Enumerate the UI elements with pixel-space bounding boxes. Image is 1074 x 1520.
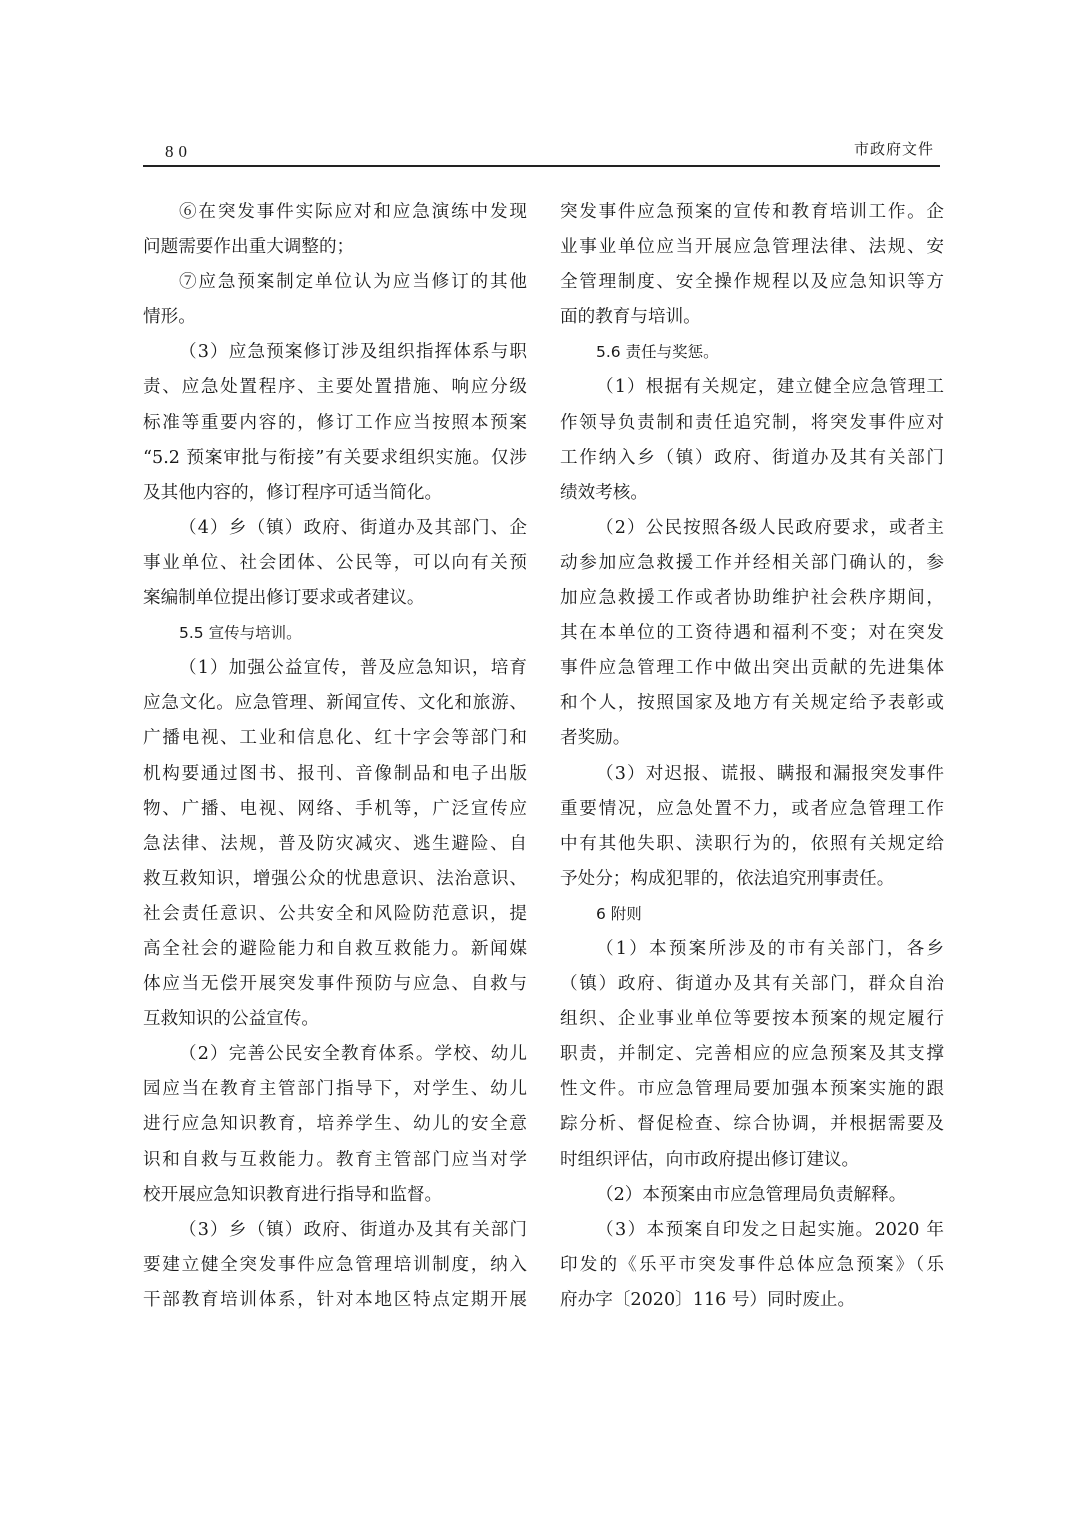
text-line: 突发事件应急预案的宣传和教育培训工作。企 [560,195,944,230]
text-line: 业事业单位应当开展应急管理法律、法规、安 [560,230,944,265]
page-number: 80 [165,142,192,162]
text-line: 重要情况，应急处置不力，或者应急管理工作 [560,792,944,827]
text-line: 案编制单位提出修订要求或者建议。 [143,581,527,616]
left-column: ⑥在突发事件实际应对和应急演练中发现问题需要作出重大调整的；⑦应急预案制定单位认… [143,195,527,1318]
text-line: 高全社会的避险能力和自救互救能力。新闻媒 [143,932,527,967]
text-line: ⑦应急预案制定单位认为应当修订的其他 [143,265,527,300]
text-line: （3）本预案自印发之日起实施。2020 年 [560,1213,944,1248]
text-line: 机构要通过图书、报刊、音像制品和电子出版 [143,757,527,792]
text-line: 问题需要作出重大调整的； [143,230,527,265]
text-line: 全管理制度、安全操作规程以及应急知识等方 [560,265,944,300]
text-line: “5.2 预案审批与衔接”有关要求组织实施。仅涉 [143,441,527,476]
text-line: 组织、企业事业单位等要按本预案的规定履行 [560,1002,944,1037]
text-line: 急法律、法规，普及防灾减灾、逃生避险、自 [143,827,527,862]
text-line: （1）加强公益宣传，普及应急知识，培育 [143,651,527,686]
text-line: 事件应急管理工作中做出突出贡献的先进集体 [560,651,944,686]
text-line: 校开展应急知识教育进行指导和监督。 [143,1178,527,1213]
text-line: 加应急救援工作或者协助维护社会秩序期间， [560,581,944,616]
text-line: 予处分；构成犯罪的，依法追究刑事责任。 [560,862,944,897]
text-line: 性文件。市应急管理局要加强本预案实施的跟 [560,1072,944,1107]
text-line: 职责，并制定、完善相应的应急预案及其支撑 [560,1037,944,1072]
text-line: （3）乡（镇）政府、街道办及其有关部门 [143,1213,527,1248]
text-line: 干部教育培训体系，针对本地区特点定期开展 [143,1283,527,1318]
text-line: 应急文化。应急管理、新闻宣传、文化和旅游、 [143,686,527,721]
text-line: （2）完善公民安全教育体系。学校、幼儿 [143,1037,527,1072]
text-line: （3）应急预案修订涉及组织指挥体系与职 [143,335,527,370]
text-line: （2）公民按照各级人民政府要求，或者主 [560,511,944,546]
text-line: 作领导负责制和责任追究制，将突发事件应对 [560,406,944,441]
text-line: 救互救知识，增强公众的忧患意识、法治意识、 [143,862,527,897]
document-title: 市政府文件 [854,138,934,159]
text-line: 动参加应急救援工作并经相关部门确认的，参 [560,546,944,581]
text-line: （2）本预案由市应急管理局负责解释。 [560,1178,944,1213]
text-line: 面的教育与培训。 [560,300,944,335]
text-line: 要建立健全突发事件应急管理培训制度，纳入 [143,1248,527,1283]
text-line: 责、应急处置程序、主要处置措施、响应分级 [143,370,527,405]
right-column: 突发事件应急预案的宣传和教育培训工作。企业事业单位应当开展应急管理法律、法规、安… [560,195,944,1318]
section-heading: 5.6 责任与奖惩。 [560,335,944,370]
text-line: 广播电视、工业和信息化、红十字会等部门和 [143,721,527,756]
text-line: 中有其他失职、渎职行为的，依照有关规定给 [560,827,944,862]
text-line: 和个人，按照国家及地方有关规定给予表彰或 [560,686,944,721]
text-line: 时组织评估，向市政府提出修订建议。 [560,1143,944,1178]
text-line: 工作纳入乡（镇）政府、街道办及其有关部门 [560,441,944,476]
text-line: 情形。 [143,300,527,335]
text-line: ⑥在突发事件实际应对和应急演练中发现 [143,195,527,230]
text-line: 绩效考核。 [560,476,944,511]
text-line: （镇）政府、街道办及其有关部门，群众自治 [560,967,944,1002]
text-line: 印发的《乐平市突发事件总体应急预案》（乐 [560,1248,944,1283]
text-line: 互救知识的公益宣传。 [143,1002,527,1037]
header-divider [143,165,940,167]
text-line: 标准等重要内容的，修订工作应当按照本预案 [143,406,527,441]
section-heading: 5.5 宣传与培训。 [143,616,527,651]
text-line: （1）根据有关规定，建立健全应急管理工 [560,370,944,405]
text-line: （4）乡（镇）政府、街道办及其部门、企 [143,511,527,546]
section-heading: 6 附则 [560,897,944,932]
text-line: 其在本单位的工资待遇和福利不变；对在突发 [560,616,944,651]
page-header: 80 市政府文件 [143,138,940,166]
text-line: 者奖励。 [560,721,944,756]
text-line: （3）对迟报、谎报、瞒报和漏报突发事件 [560,757,944,792]
text-line: 体应当无偿开展突发事件预防与应急、自救与 [143,967,527,1002]
text-line: （1）本预案所涉及的市有关部门，各乡 [560,932,944,967]
text-line: 及其他内容的，修订程序可适当简化。 [143,476,527,511]
text-line: 社会责任意识、公共安全和风险防范意识，提 [143,897,527,932]
text-line: 府办字〔2020〕116 号）同时废止。 [560,1283,944,1318]
text-line: 物、广播、电视、网络、手机等，广泛宣传应 [143,792,527,827]
text-line: 事业单位、社会团体、公民等，可以向有关预 [143,546,527,581]
text-line: 踪分析、督促检查、综合协调，并根据需要及 [560,1107,944,1142]
text-line: 园应当在教育主管部门指导下，对学生、幼儿 [143,1072,527,1107]
text-line: 识和自救与互救能力。教育主管部门应当对学 [143,1143,527,1178]
text-line: 进行应急知识教育，培养学生、幼儿的安全意 [143,1107,527,1142]
